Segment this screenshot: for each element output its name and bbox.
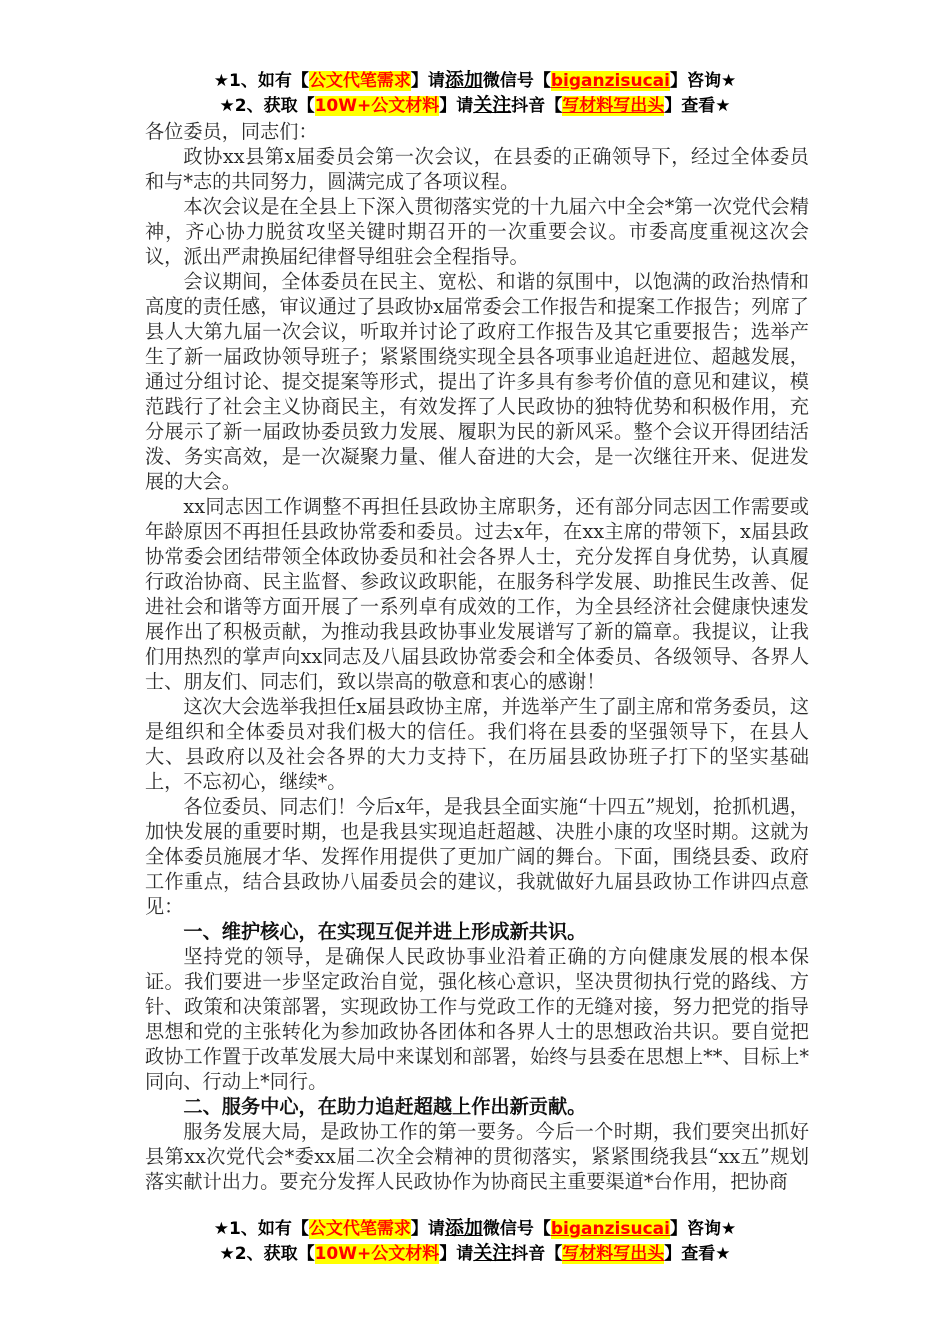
- promo-highlight-ghostwriting: 公文代笔需求: [309, 71, 411, 91]
- promo-text: 抖音【: [511, 96, 562, 116]
- promo-line-2: ★2、获取【10W+公文材料】请关注抖音【写材料写出头】查看★: [0, 1241, 950, 1266]
- promo-text: 】请: [411, 1219, 445, 1239]
- promo-header: ★1、如有【公文代笔需求】请添加微信号【biganzisucai】咨询★ ★2、…: [0, 68, 950, 118]
- promo-highlight-materials: 10W+公文材料: [315, 1244, 440, 1264]
- promo-line-1: ★1、如有【公文代笔需求】请添加微信号【biganzisucai】咨询★: [0, 68, 950, 93]
- promo-text: 】请: [439, 1244, 473, 1264]
- promo-text: ★1、如有【: [214, 1219, 309, 1239]
- promo-highlight-materials: 10W+公文材料: [315, 96, 440, 116]
- promo-line-2: ★2、获取【10W+公文材料】请关注抖音【写材料写出头】查看★: [0, 93, 950, 118]
- promo-underlined-follow: 关注: [473, 1242, 511, 1264]
- promo-underlined-add: 添加: [445, 1217, 483, 1239]
- promo-underlined-follow: 关注: [473, 94, 511, 116]
- paragraph: xx同志因工作调整不再担任县政协主席职务，还有部分同志因工作需要或年龄原因不再担…: [145, 494, 809, 694]
- paragraph: 政协xx县第x届委员会第一次会议，在县委的正确领导下，经过全体委员和与*志的共同…: [145, 144, 809, 194]
- document-body: 各位委员，同志们： 政协xx县第x届委员会第一次会议，在县委的正确领导下，经过全…: [145, 119, 809, 1194]
- promo-wechat-id: biganzisucai: [551, 71, 670, 91]
- promo-text: 抖音【: [511, 1244, 562, 1264]
- promo-text: ★2、获取【: [220, 1244, 315, 1264]
- promo-douyin-id: 写材料写出头: [562, 1244, 664, 1264]
- promo-underlined-add: 添加: [445, 69, 483, 91]
- paragraph: 这次大会选举我担任x届县政协主席，并选举产生了副主席和常务委员，这是组织和全体委…: [145, 694, 809, 794]
- promo-text: 】查看★: [664, 96, 730, 116]
- promo-text: 微信号【: [483, 71, 551, 91]
- paragraph: 服务发展大局，是政协工作的第一要务。今后一个时期，我们要突出抓好县第xx次党代会…: [145, 1119, 809, 1194]
- section-heading-2: 二、服务中心，在助力追赶超越上作出新贡献。: [145, 1094, 809, 1119]
- salutation: 各位委员，同志们：: [145, 119, 809, 144]
- promo-text: 】请: [411, 71, 445, 91]
- promo-text: 微信号【: [483, 1219, 551, 1239]
- section-heading-1: 一、维护核心，在实现互促并进上形成新共识。: [145, 919, 809, 944]
- paragraph: 各位委员、同志们！今后x年，是我县全面实施“十四五”规划，抢抓机遇，加快发展的重…: [145, 794, 809, 919]
- promo-douyin-id: 写材料写出头: [562, 96, 664, 116]
- paragraph: 本次会议是在全县上下深入贯彻落实党的十九届六中全会*第一次党代会精神，齐心协力脱…: [145, 194, 809, 269]
- promo-text: ★1、如有【: [214, 71, 309, 91]
- document-page: ★1、如有【公文代笔需求】请添加微信号【biganzisucai】咨询★ ★2、…: [0, 0, 950, 1344]
- promo-text: 】请: [439, 96, 473, 116]
- promo-footer: ★1、如有【公文代笔需求】请添加微信号【biganzisucai】咨询★ ★2、…: [0, 1216, 950, 1266]
- promo-text: ★2、获取【: [220, 96, 315, 116]
- promo-highlight-ghostwriting: 公文代笔需求: [309, 1219, 411, 1239]
- promo-line-1: ★1、如有【公文代笔需求】请添加微信号【biganzisucai】咨询★: [0, 1216, 950, 1241]
- promo-wechat-id: biganzisucai: [551, 1219, 670, 1239]
- promo-text: 】咨询★: [670, 1219, 736, 1239]
- paragraph: 会议期间，全体委员在民主、宽松、和谐的氛围中，以饱满的政治热情和高度的责任感，审…: [145, 269, 809, 494]
- promo-text: 】咨询★: [670, 71, 736, 91]
- paragraph: 坚持党的领导，是确保人民政协事业沿着正确的方向健康发展的根本保证。我们要进一步坚…: [145, 944, 809, 1094]
- promo-text: 】查看★: [664, 1244, 730, 1264]
